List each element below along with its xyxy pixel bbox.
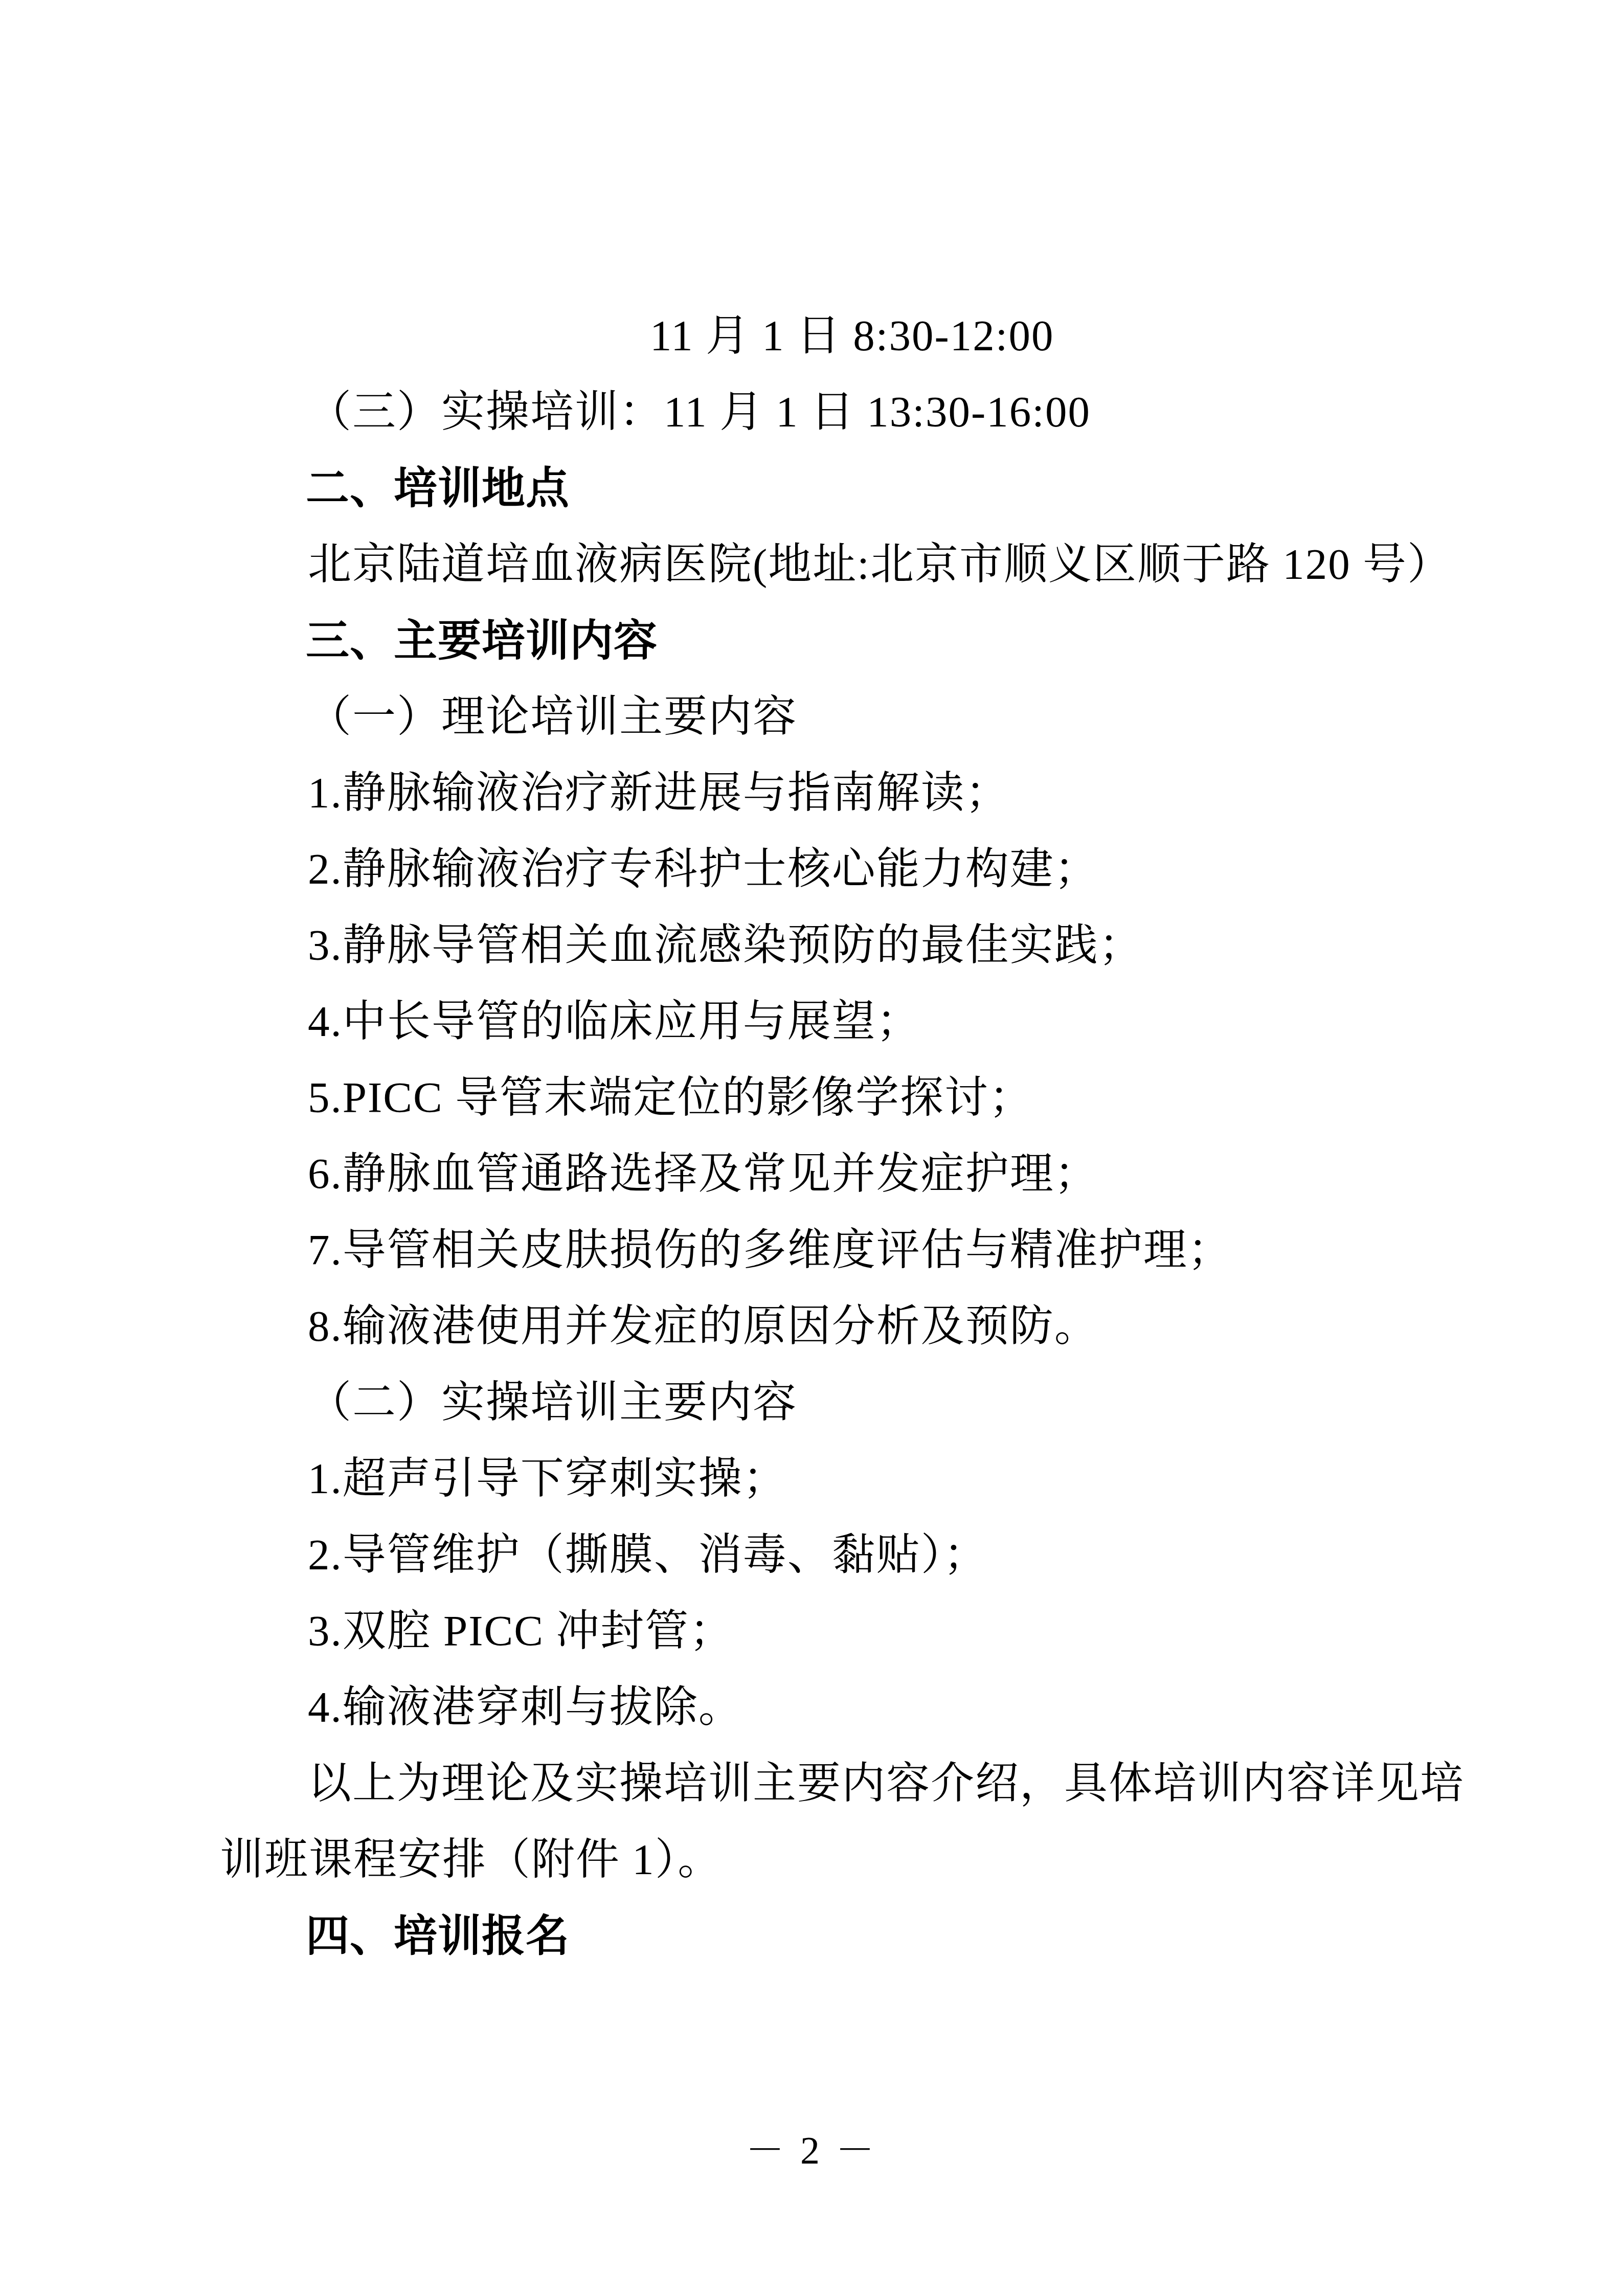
heading-main-training-content: 三、主要培训内容 bbox=[220, 603, 1447, 679]
subheading-theory-content: （一）理论培训主要内容 bbox=[220, 679, 1447, 755]
line-continuation-theory-time: 11 月 1 日 8:30-12:00 bbox=[650, 298, 1447, 374]
document-page: 11 月 1 日 8:30-12:00 （三）实操培训：11 月 1 日 13:… bbox=[0, 0, 1623, 2296]
practical-item-3: 3.双腔 PICC 冲封管； bbox=[220, 1593, 1447, 1670]
theory-item-5: 5.PICC 导管末端定位的影像学探讨； bbox=[220, 1060, 1447, 1136]
theory-item-3: 3.静脉导管相关血流感染预防的最佳实践； bbox=[220, 908, 1447, 984]
page-number: － 2 － bbox=[0, 2131, 1623, 2170]
practical-item-2: 2.导管维护（撕膜、消毒、黏贴）； bbox=[220, 1517, 1447, 1593]
theory-item-1: 1.静脉输液治疗新进展与指南解读； bbox=[220, 755, 1447, 831]
paragraph-hospital-address: 北京陆道培血液病医院(地址:北京市顺义区顺于路 120 号） bbox=[220, 527, 1447, 603]
practical-item-4: 4.输液港穿刺与拔除。 bbox=[220, 1670, 1447, 1746]
paragraph-summary-line-1: 以上为理论及实操培训主要内容介绍，具体培训内容详见培 bbox=[220, 1746, 1447, 1822]
theory-item-4: 4.中长导管的临床应用与展望； bbox=[220, 984, 1447, 1060]
subheading-practical-content: （二）实操培训主要内容 bbox=[220, 1365, 1447, 1441]
theory-item-6: 6.静脉血管通路选择及常见并发症护理； bbox=[220, 1136, 1447, 1212]
line-heading-practical-time: （三）实操培训：11 月 1 日 13:30-16:00 bbox=[220, 374, 1447, 451]
paragraph-summary-line-2: 训班课程安排（附件 1）。 bbox=[220, 1822, 1447, 1898]
theory-item-7: 7.导管相关皮肤损伤的多维度评估与精准护理； bbox=[220, 1212, 1447, 1289]
heading-training-registration: 四、培训报名 bbox=[220, 1898, 1447, 1974]
document-body: 11 月 1 日 8:30-12:00 （三）实操培训：11 月 1 日 13:… bbox=[220, 298, 1447, 1974]
practical-item-1: 1.超声引导下穿刺实操； bbox=[220, 1441, 1447, 1517]
theory-item-8: 8.输液港使用并发症的原因分析及预防。 bbox=[220, 1289, 1447, 1365]
heading-training-location: 二、培训地点 bbox=[220, 451, 1447, 527]
theory-item-2: 2.静脉输液治疗专科护士核心能力构建； bbox=[220, 831, 1447, 908]
